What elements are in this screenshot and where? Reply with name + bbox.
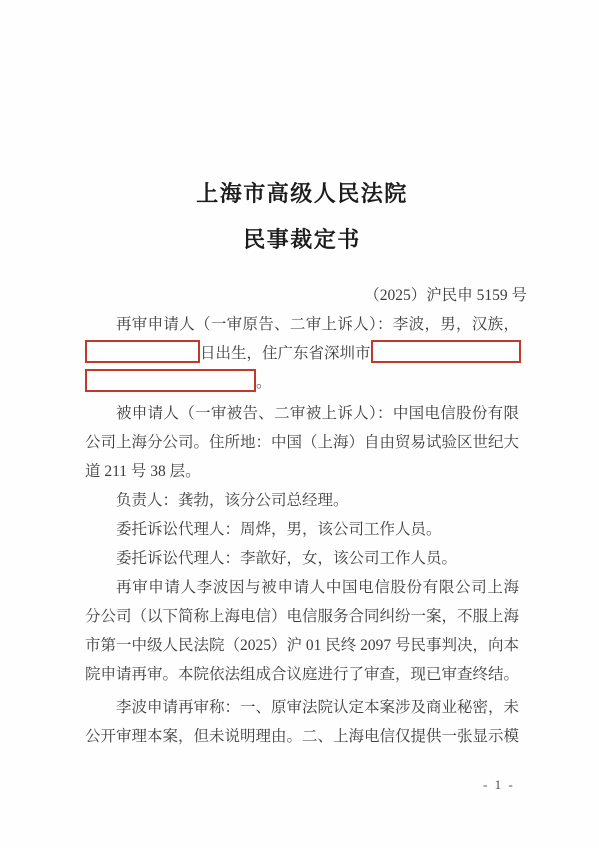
case-summary-line-3: 市第一中级人民法院（2025）沪 01 民终 2097 号民事判决，向本 [85,631,519,660]
document-page: 上海市高级人民法院 民事裁定书 （2025）沪民申 5159 号 再审申请人（一… [0,0,599,848]
respondent-line-2: 公司上海分公司。住所地：中国（上海）自由贸易试验区世纪大 [85,428,519,457]
paragraph-agent-2: 委托诉讼代理人：李歆好，女，该公司工作人员。 [85,544,519,573]
agent-2-line: 委托诉讼代理人：李歆好，女，该公司工作人员。 [85,544,519,573]
court-name: 上海市高级人民法院 [85,181,519,207]
applicant-line-3: 。 [85,368,519,397]
document-type-title: 民事裁定书 [85,227,519,253]
paragraph-principal: 负责人：龚勃，该分公司总经理。 [85,486,519,515]
applicant-line-2-text: 日出生，住广东省深圳市 [200,345,371,362]
case-summary-line-4: 院申请再审。本院依法组成合议庭进行了审查，现已审查终结。 [85,660,519,689]
case-number: （2025）沪民申 5159 号 [85,281,527,310]
redaction-box-address-2 [85,369,256,392]
claims-line-1: 李波申请再审称：一、原审法院认定本案涉及商业秘密，未 [85,693,519,722]
paragraph-applicant: 再审申请人（一审原告、二审上诉人）：李波，男，汉族， 日出生，住广东省深圳市 。 [85,310,519,397]
page-number: - 1 - [483,777,515,793]
case-summary-line-2: 分公司（以下简称上海电信）电信服务合同纠纷一案，不服上海 [85,602,519,631]
principal-line: 负责人：龚勃，该分公司总经理。 [85,486,519,515]
redaction-box-address-1 [371,340,521,363]
applicant-line-3-text: 。 [256,374,272,391]
document-content: 上海市高级人民法院 民事裁定书 （2025）沪民申 5159 号 再审申请人（一… [0,0,599,751]
applicant-line-1: 再审申请人（一审原告、二审上诉人）：李波，男，汉族， [85,310,519,339]
applicant-line-2: 日出生，住广东省深圳市 [85,339,519,368]
respondent-line-3: 道 211 号 38 层。 [85,457,519,486]
agent-1-line: 委托诉讼代理人：周烨，男，该公司工作人员。 [85,515,519,544]
paragraph-agent-1: 委托诉讼代理人：周烨，男，该公司工作人员。 [85,515,519,544]
case-summary-line-1: 再审申请人李波因与被申请人中国电信股份有限公司上海 [85,573,519,602]
paragraph-claims: 李波申请再审称：一、原审法院认定本案涉及商业秘密，未 公开审理本案，但未说明理由… [85,693,519,751]
paragraph-respondent: 被申请人（一审被告、二审被上诉人）：中国电信股份有限 公司上海分公司。住所地：中… [85,399,519,486]
respondent-line-1: 被申请人（一审被告、二审被上诉人）：中国电信股份有限 [85,399,519,428]
redaction-box-birthdate [85,340,200,363]
paragraph-case-summary: 再审申请人李波因与被申请人中国电信股份有限公司上海 分公司（以下简称上海电信）电… [85,573,519,689]
claims-line-2: 公开审理本案，但未说明理由。二、上海电信仅提供一张显示模 [85,722,519,751]
